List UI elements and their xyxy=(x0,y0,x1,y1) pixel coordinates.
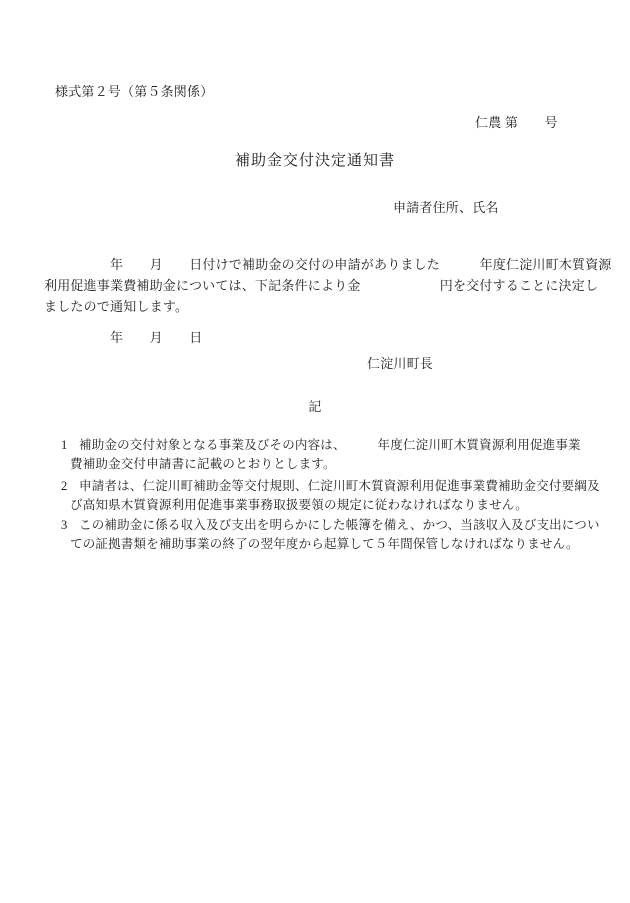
notice-document-page: 様式第２号（第５条関係） 仁農 第 号 補助金交付決定通知書 申請者住所、氏名 … xyxy=(0,0,630,903)
paragraph-line: ましたので通知します。 xyxy=(44,298,188,316)
list-item-continuation: び高知県木質資源利用促進事業事務取扱要領の規定に従わなければなりません。 xyxy=(70,496,528,514)
ki-heading: 記 xyxy=(0,398,630,416)
form-number: 様式第２号（第５条関係） xyxy=(55,83,213,101)
list-item-text: 申請者は、仁淀川町補助金等交付規則、仁淀川町木質資源利用促進事業費補助金交付要綱… xyxy=(79,479,600,493)
document-number-line: 仁農 第 号 xyxy=(475,114,558,132)
sender-mayor-title: 仁淀川町長 xyxy=(367,355,433,373)
list-item-number: 3 xyxy=(61,516,79,534)
list-item-text: 補助金の交付対象となる事業及びその内容は、 年度仁淀川町木質資源利用促進事業 xyxy=(79,438,581,452)
list-item-continuation: ての証拠書類を補助事業の終了の翌年度から起算して５年間保管しなければなりません。 xyxy=(70,535,579,553)
applicant-address-name-label: 申請者住所、氏名 xyxy=(393,199,499,217)
paragraph-line: 利用促進事業費補助金については、下記条件により金 円を交付することに決定し xyxy=(44,277,598,295)
list-item-number: 2 xyxy=(61,477,79,495)
list-item-text: この補助金に係る収入及び支出を明らかにした帳簿を備え、かつ、当該収入及び支出につ… xyxy=(79,518,600,532)
list-item: 1補助金の交付対象となる事業及びその内容は、 年度仁淀川町木質資源利用促進事業 xyxy=(61,436,581,454)
list-item-number: 1 xyxy=(61,436,79,454)
list-item: 3この補助金に係る収入及び支出を明らかにした帳簿を備え、かつ、当該収入及び支出に… xyxy=(61,516,600,534)
list-item: 2申請者は、仁淀川町補助金等交付規則、仁淀川町木質資源利用促進事業費補助金交付要… xyxy=(61,477,600,495)
document-title: 補助金交付決定通知書 xyxy=(0,152,630,170)
issue-date-line: 年 月 日 xyxy=(44,329,202,347)
paragraph-line: 年 月 日付けで補助金の交付の申請がありました 年度仁淀川町木質資源 xyxy=(44,256,612,274)
list-item-continuation: 費補助金交付申請書に記載のとおりとします。 xyxy=(70,455,336,473)
